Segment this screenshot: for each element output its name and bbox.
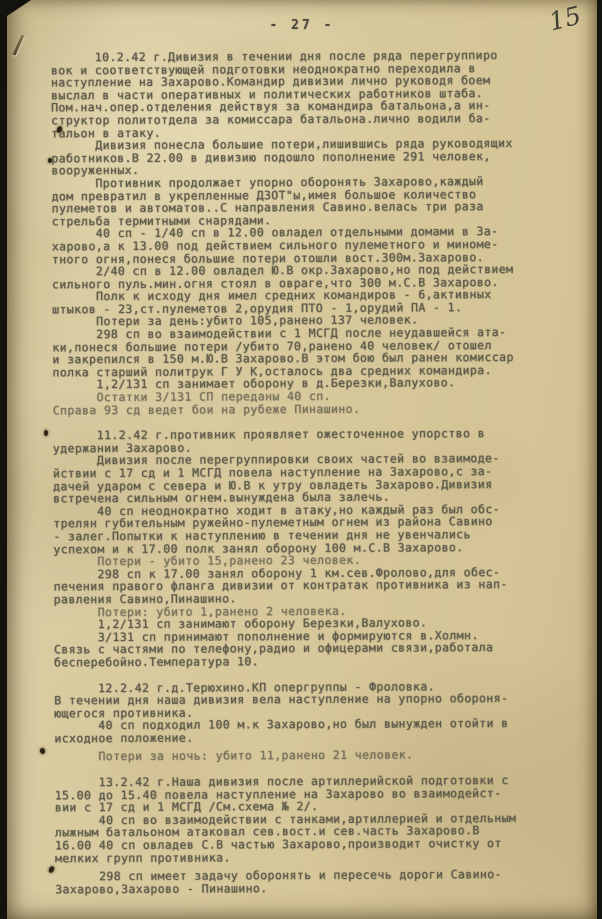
paragraph: Дивизия понесла большие потери,лишившись… [51, 137, 567, 177]
hole-punch [44, 430, 48, 436]
paragraph: 12.2.42 г.д.Терюхино.КП опергруппы - Фро… [54, 679, 570, 719]
paragraph: 40 сп неоднократно ходит в атаку,но кажд… [53, 502, 569, 555]
paragraph: 13.2.42 г.Наша дивизия после артиллерийс… [55, 774, 571, 814]
paper-tear [13, 34, 25, 55]
paragraph: Потери: убито 1,ранено 2 человека. [54, 603, 570, 618]
paragraph: 10.2.42 г.Дивизия в течении дня после ря… [51, 49, 567, 140]
paragraph: Полк к исходу дня имел средних командиро… [52, 288, 568, 316]
paragraph: 40 сп во взаимодействии с танками,артилл… [55, 811, 571, 864]
paragraph: Остатки 3/131 СП переданы 40 сп. Справа … [53, 389, 569, 417]
paragraph: Противник продолжает упорно оборонять За… [51, 175, 567, 228]
paragraph: Дивизия после перегруппировки своих част… [53, 452, 569, 505]
document-page: - 27 - 15 10.2.42 г.Дивизия в течении дн… [7, 0, 597, 919]
paragraph: 298 сп во взаимодействии с 1 МСГД после … [52, 326, 568, 379]
paragraph: 298 сп имеет задачу оборонять и пересечь… [55, 868, 571, 896]
corner-tear [7, 0, 31, 16]
paragraph: 3/131 сп принимают пополнение и формирую… [54, 628, 570, 668]
paragraph: Потери за ночь: убито 11,ранено 21 челов… [54, 748, 570, 763]
document-text: 10.2.42 г.Дивизия в течении дня после ря… [51, 49, 571, 896]
page-number: - 27 - [7, 18, 597, 33]
paragraph: 40 сп подходил 100 м.к Захарово,но был в… [54, 717, 570, 745]
paragraph: Потери - убито 15,ранено 23 человек. [53, 553, 569, 568]
paragraph: 40 сп - 1/40 сп в 12.00 овладел отдельны… [52, 225, 568, 265]
paragraph: 298 сп к 17.00 занял оборону 1 км.сев.Фр… [53, 565, 569, 605]
hole-punch [39, 747, 45, 754]
